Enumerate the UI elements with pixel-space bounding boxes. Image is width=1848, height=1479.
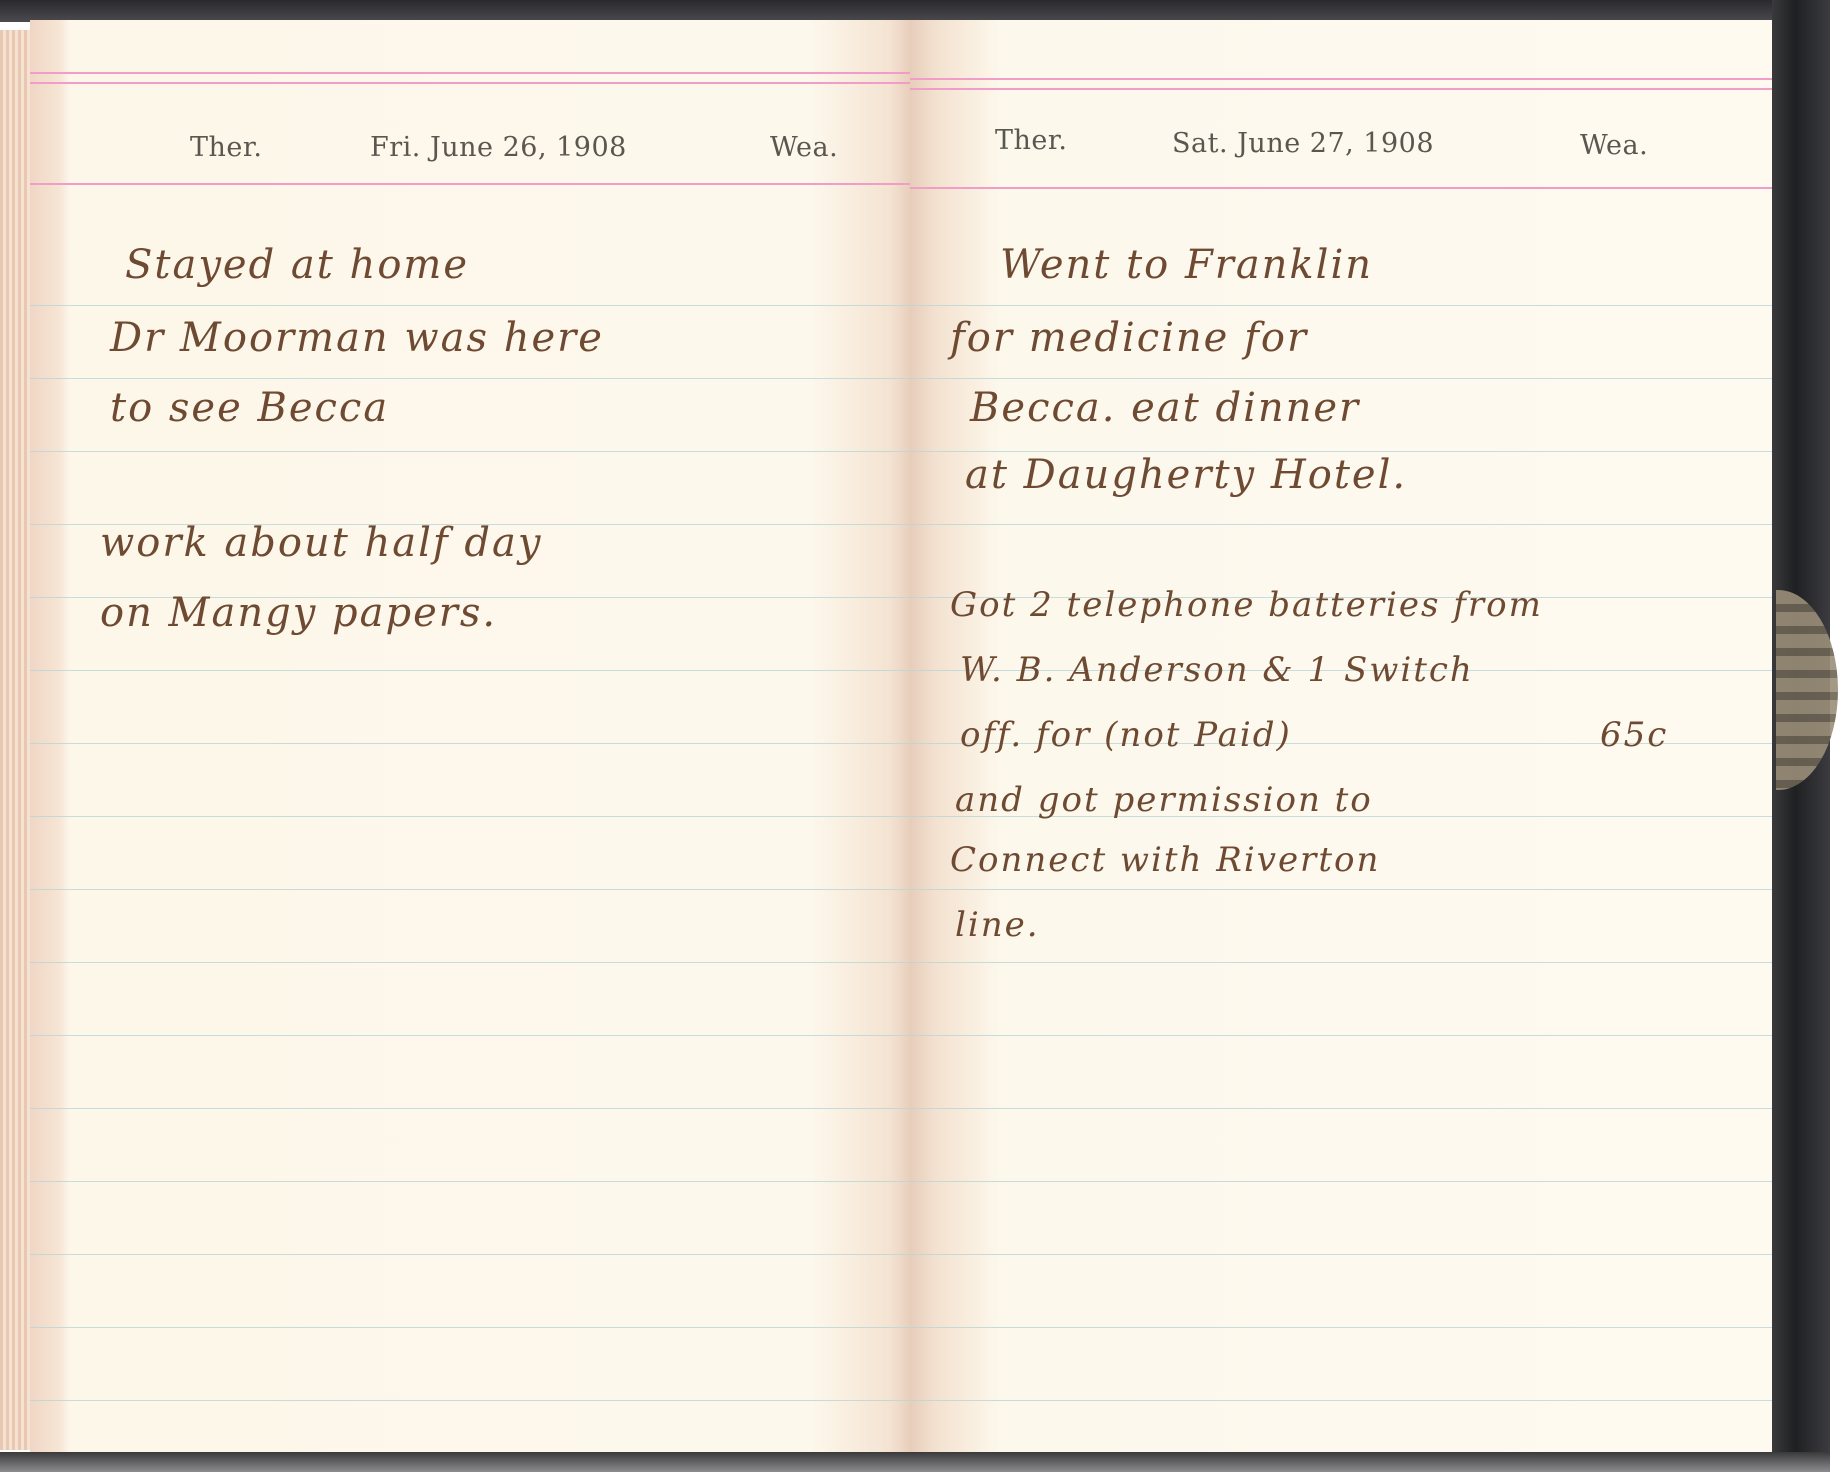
ruled-line [30,378,910,379]
ruled-line [910,524,1772,525]
ruled-line [30,743,910,744]
ruled-line [910,305,1772,306]
header-rule-top-2 [30,82,910,84]
ruled-line [30,1181,910,1182]
ther-label: Ther. [995,125,1067,156]
ruled-line [910,1400,1772,1401]
entry-line: Dr Moorman was here [110,315,604,361]
date-heading: Sat. June 27, 1908 [1172,128,1434,159]
ruled-line [30,1254,910,1255]
diary-page-left: Ther. Fri. June 26, 1908 Wea. Stayed at … [30,20,910,1452]
ruled-line [910,1254,1772,1255]
wea-label: Wea. [770,132,838,163]
entry-line: Connect with Riverton [950,840,1380,880]
margin-amount: 65c [1600,715,1668,755]
header-rule-bottom [30,183,910,185]
ruled-line [30,1400,910,1401]
book-cover-top [0,0,1780,22]
ruled-line [30,962,910,963]
ruled-line [30,451,910,452]
entry-line: off. for (not Paid) [960,715,1292,755]
ruled-line [910,1035,1772,1036]
book-cover-bottom [0,1452,1830,1472]
entry-line: to see Becca [110,385,389,431]
entry-line: work about half day [100,520,542,566]
ruled-line [910,1108,1772,1109]
date-heading: Fri. June 26, 1908 [370,132,627,163]
entry-line: and got permission to [955,780,1373,820]
ruled-line [30,305,910,306]
entry-line: W. B. Anderson & 1 Switch [960,650,1474,690]
ruled-line [910,378,1772,379]
wea-label: Wea. [1580,130,1648,161]
ruled-line [910,1181,1772,1182]
header-rule-bottom [910,187,1772,189]
header-rule-top [910,78,1772,80]
entry-line: line. [955,905,1040,945]
ruled-line [30,1327,910,1328]
entry-line: for medicine for [950,315,1308,361]
header-rule-top [30,72,910,74]
ruled-line [30,1108,910,1109]
diary-page-right: Ther. Sat. June 27, 1908 Wea. Went to Fr… [910,20,1772,1452]
entry-line: Becca. eat dinner [970,385,1360,431]
ther-label: Ther. [190,132,262,163]
ruled-line [910,889,1772,890]
entry-line: at Daugherty Hotel. [965,452,1407,498]
ruled-line [910,962,1772,963]
entry-line: Got 2 telephone batteries from [950,585,1543,625]
entry-line: on Mangy papers. [100,590,497,636]
ruled-line [910,1327,1772,1328]
ruled-line [30,1035,910,1036]
ruled-line [30,816,910,817]
entry-line: Went to Franklin [1000,242,1373,288]
ruled-line [30,670,910,671]
header-rule-top-2 [910,88,1772,90]
page-edge-stack [0,30,34,1450]
ruled-line [30,889,910,890]
entry-line: Stayed at home [125,242,469,288]
